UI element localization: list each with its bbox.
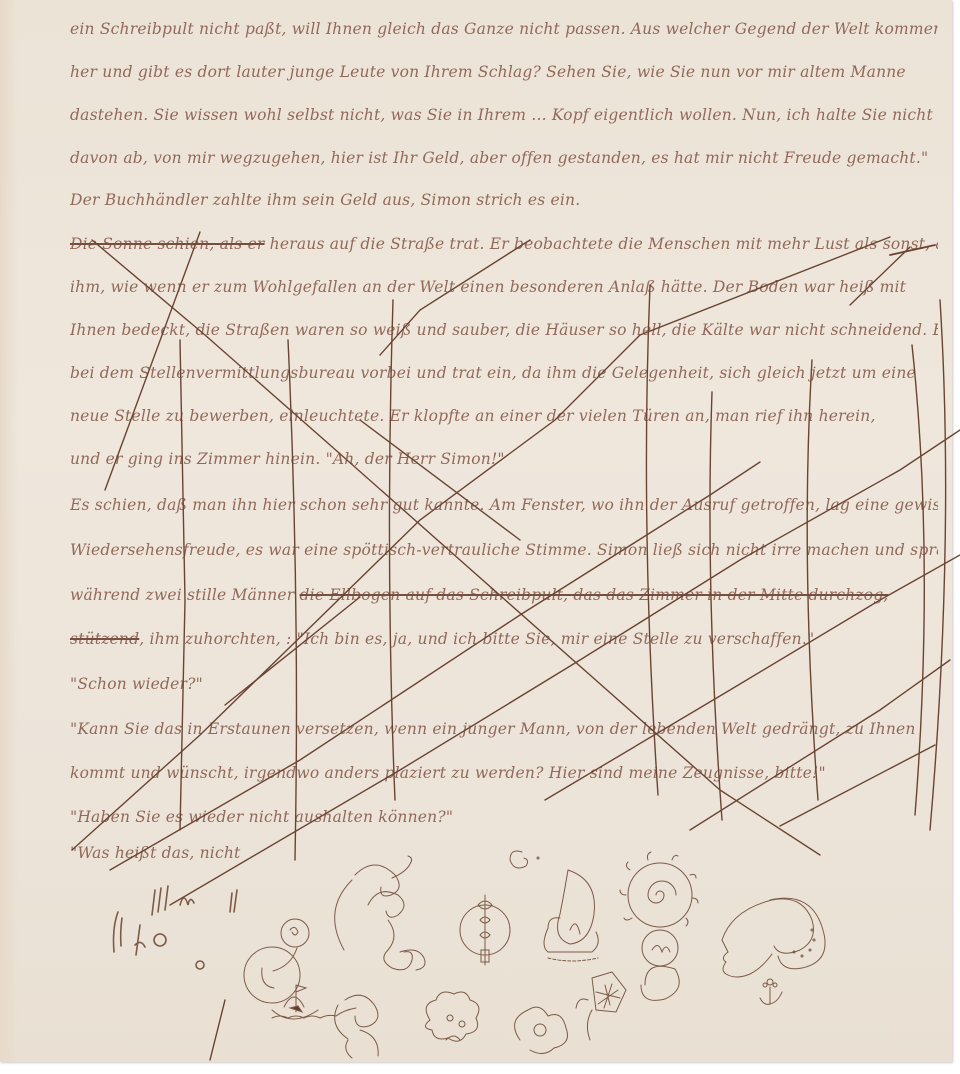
spiral-icon bbox=[510, 851, 539, 868]
helmet-profile-icon bbox=[722, 898, 825, 977]
manuscript-line-cancelled: ihm, wie wenn er zum Wohlgefallen an der… bbox=[70, 276, 938, 298]
manuscript-line: Der Buchhändler zahlte ihm sein Geld aus… bbox=[70, 189, 938, 211]
manuscript-line: davon ab, von mir wegzugehen, hier ist I… bbox=[70, 147, 938, 169]
small-flower-icon bbox=[760, 979, 782, 1004]
manuscript-line-cancelled: Die Sonne schien, als er heraus auf die … bbox=[70, 233, 938, 255]
boat-icon bbox=[272, 985, 356, 1019]
struck-text: stützend bbox=[70, 630, 139, 648]
loop-cluster-icon bbox=[515, 1007, 568, 1053]
manuscript-line-cancelled: Wiedersehensfreude, es war eine spöttisc… bbox=[70, 539, 938, 561]
pen-trial-strokes-icon bbox=[114, 886, 238, 969]
manuscript-line-cancelled: "Schon wieder?" bbox=[70, 673, 938, 695]
doodle-sketches bbox=[0, 840, 960, 1062]
manuscript-line-cancelled: bei dem Stellenvermittlungsbureau vorbei… bbox=[70, 362, 938, 384]
manuscript-line-cancelled: "Haben Sie es wieder nicht aushalten kön… bbox=[70, 806, 938, 828]
star-web-icon bbox=[576, 972, 626, 1040]
manuscript-line-cancelled: "Kann Sie das in Erstaunen versetzen, we… bbox=[70, 718, 938, 740]
manuscript-line: her und gibt es dort lauter junge Leute … bbox=[70, 61, 938, 83]
pendant-icon bbox=[460, 895, 510, 965]
manuscript-line: ein Schreibpult nicht paßt, will Ihnen g… bbox=[70, 18, 938, 40]
struck-text: die Ellbogen auf das Schreibpult, das da… bbox=[300, 586, 889, 604]
manuscript-line-cancelled: und er ging ins Zimmer hinein. "Ah, der … bbox=[70, 448, 938, 470]
manuscript-line-cancelled: neue Stelle zu bewerben, einleuchtete. E… bbox=[70, 405, 938, 427]
manuscript-line-cancelled: während zwei stille Männer die Ellbogen … bbox=[70, 584, 938, 606]
manuscript-line-cancelled: Ihnen bedeckt, die Straßen waren so weiß… bbox=[70, 319, 938, 341]
manuscript-line-cancelled: stützend, ihm zuhorchten, : "Ich bin es,… bbox=[70, 628, 938, 650]
sun-spiral-icon bbox=[620, 852, 698, 1000]
struck-text: Die Sonne schien, als er bbox=[70, 235, 265, 253]
manuscript-page: ein Schreibpult nicht paßt, will Ihnen g… bbox=[0, 0, 952, 1062]
manuscript-line-cancelled: Es schien, daß man ihn hier schon sehr g… bbox=[70, 494, 938, 516]
rosette-flower-icon bbox=[425, 992, 478, 1041]
ornamental-scroll-icon bbox=[335, 856, 425, 1058]
manuscript-line: dastehen. Sie wissen wohl selbst nicht, … bbox=[70, 104, 938, 126]
manuscript-line-cancelled: kommt und wünscht, irgendwo anders plazi… bbox=[70, 762, 938, 784]
flame-ornament-icon bbox=[544, 870, 598, 961]
